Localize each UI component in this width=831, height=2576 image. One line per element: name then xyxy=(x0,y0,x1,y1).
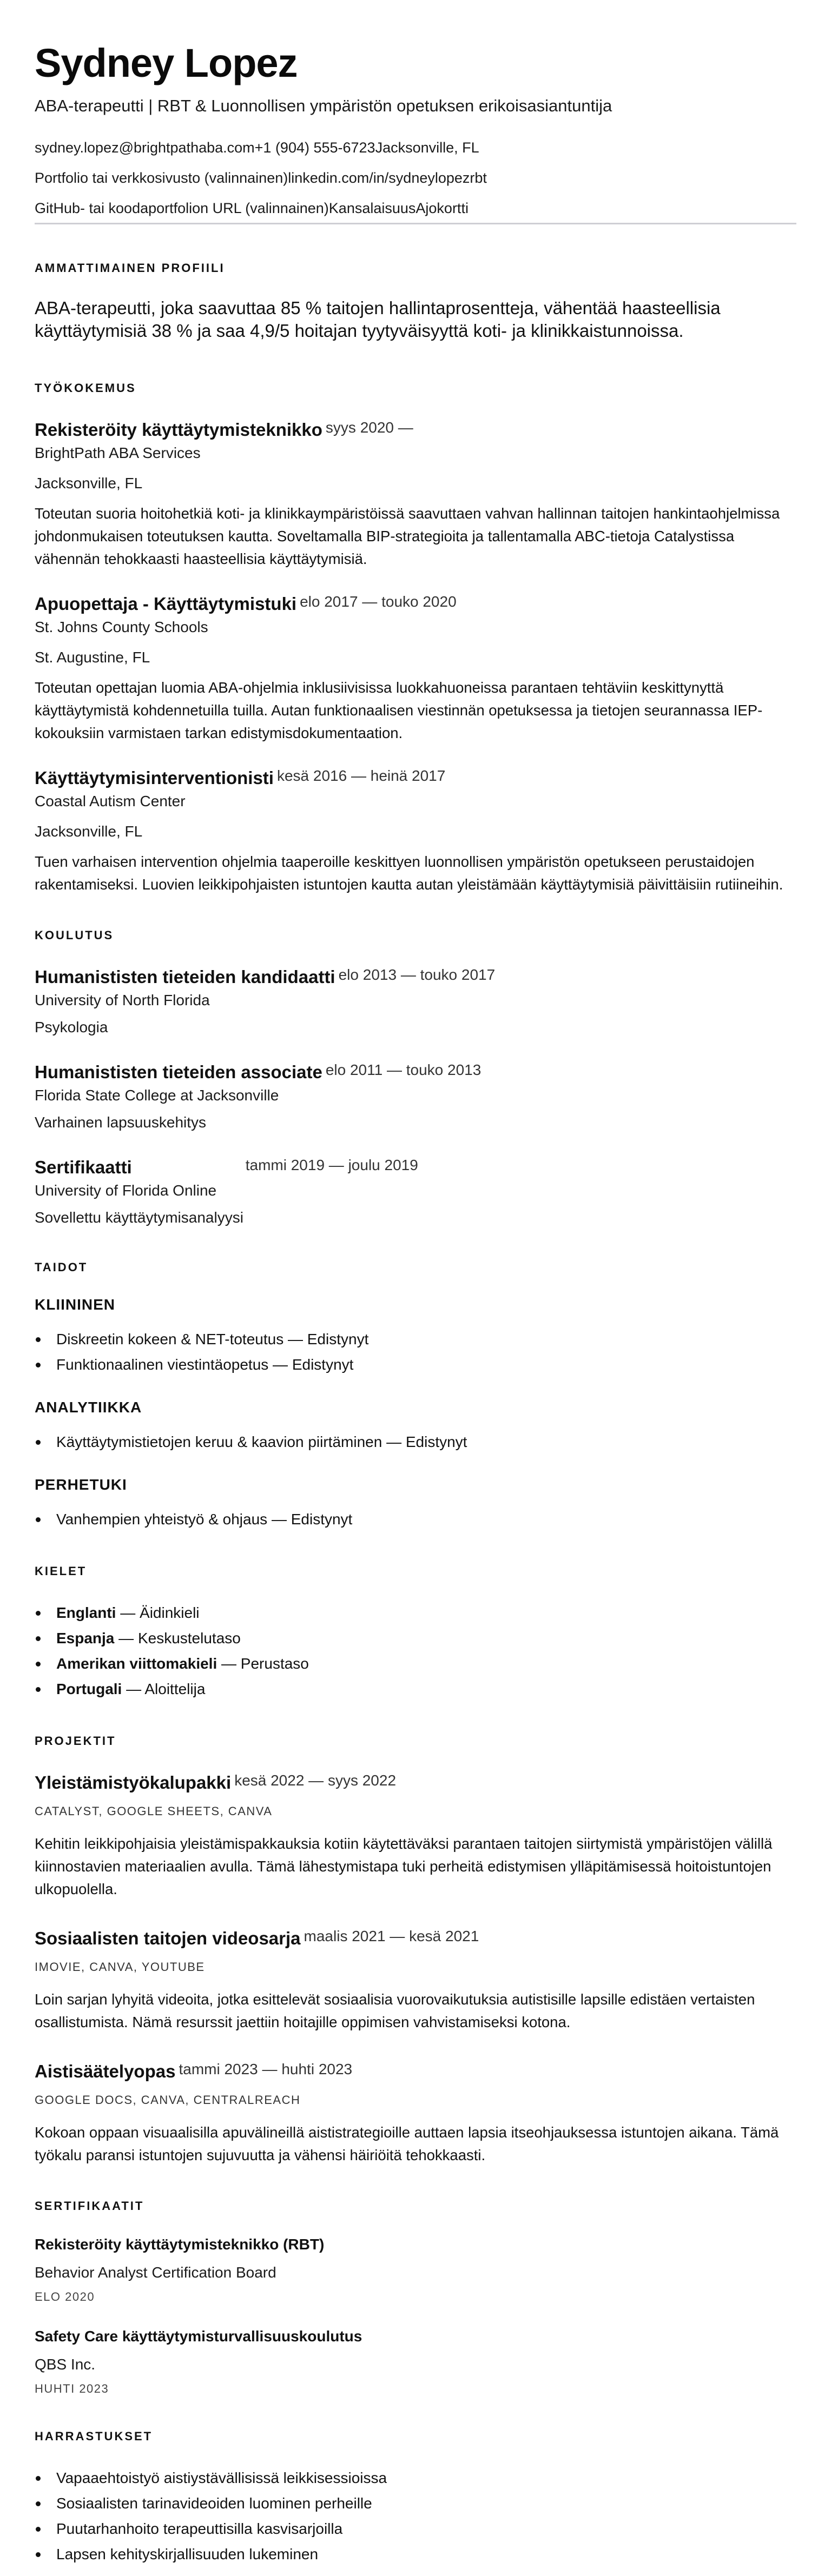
section-education: KOULUTUS Humanististen tieteiden kandida… xyxy=(35,928,796,1228)
language-level: — Äidinkieli xyxy=(116,1604,199,1621)
portfolio-link[interactable]: Portfolio tai verkkosivusto (valinnainen… xyxy=(35,170,288,186)
project-description: Loin sarjan lyhyitä videoita, jotka esit… xyxy=(35,1988,796,2034)
job-location: Jacksonville, FL xyxy=(35,821,796,842)
project-tech: GOOGLE DOCS, CANVA, CENTRALREACH xyxy=(35,2092,796,2108)
linkedin-link[interactable]: linkedin.com/in/sydneylopezrbt xyxy=(288,170,487,186)
skill-group-title: ANALYTIIKKA xyxy=(35,1399,796,1416)
job-title: Apuopettaja - Käyttäytymistuki xyxy=(35,594,296,614)
interest-item: Lapsen kehityskirjallisuuden lukeminen xyxy=(56,2541,796,2567)
section-title-certifications: SERTIFIKAATIT xyxy=(35,2199,796,2213)
company-name: Coastal Autism Center xyxy=(35,791,796,812)
resume-header: Sydney Lopez ABA-terapeutti | RBT & Luon… xyxy=(35,43,796,224)
job-description: Tuen varhaisen intervention ohjelmia taa… xyxy=(35,851,796,896)
certification-name: Safety Care käyttäytymisturvallisuuskoul… xyxy=(35,2327,796,2346)
degree-name: Humanististen tieteiden kandidaatti xyxy=(35,967,335,987)
section-certifications: SERTIFIKAATIT Rekisteröity käyttäytymist… xyxy=(35,2199,796,2397)
section-profile: AMMATTIMAINEN PROFIILI ABA-terapeutti, j… xyxy=(35,261,796,342)
experience-entry: Rekisteröity käyttäytymisteknikkosyys 20… xyxy=(35,417,796,570)
experience-entry: Apuopettaja - Käyttäytymistukielo 2017 —… xyxy=(35,591,796,745)
section-title-experience: TYÖKOKEMUS xyxy=(35,381,796,395)
education-dates: tammi 2019 — joulu 2019 xyxy=(246,1157,418,1173)
section-interests: HARRASTUKSET Vapaaehtoistyö aistiystäväl… xyxy=(35,2429,796,2567)
phone-number[interactable]: +1 (904) 555-6723 xyxy=(255,140,375,156)
degree-name: Sertifikaatti xyxy=(35,1157,132,1177)
job-title: Rekisteröity käyttäytymisteknikko xyxy=(35,420,322,440)
certification-entry: Safety Care käyttäytymisturvallisuuskoul… xyxy=(35,2327,796,2397)
certification-date: ELO 2020 xyxy=(35,2289,796,2305)
language-level: — Aloittelija xyxy=(122,1681,205,1697)
certification-name: Rekisteröity käyttäytymisteknikko (RBT) xyxy=(35,2235,796,2254)
contact-line-extra: GitHub- tai koodaportfolion URL (valinna… xyxy=(35,199,796,217)
interest-item: Vapaaehtoistyö aistiystävällisissä leikk… xyxy=(56,2465,796,2491)
project-dates: maalis 2021 — kesä 2021 xyxy=(304,1928,479,1944)
certification-issuer: Behavior Analyst Certification Board xyxy=(35,2263,796,2282)
project-tech: IMOVIE, CANVA, YOUTUBE xyxy=(35,1959,796,1975)
skill-group-title: PERHETUKI xyxy=(35,1476,796,1493)
skill-item: Käyttäytymistietojen keruu & kaavion pii… xyxy=(56,1429,796,1455)
project-dates: tammi 2023 — huhti 2023 xyxy=(179,2061,352,2077)
headline: ABA-terapeutti | RBT & Luonnollisen ympä… xyxy=(35,95,796,117)
project-entry: Aistisäätelyopastammi 2023 — huhti 2023 … xyxy=(35,2059,796,2167)
field-of-study: Varhainen lapsuuskehitys xyxy=(35,1112,796,1133)
header-divider xyxy=(35,223,796,224)
skill-item: Vanhempien yhteistyö & ohjaus — Edistyny… xyxy=(56,1506,796,1532)
project-name: Yleistämistyökalupakki xyxy=(35,1772,231,1792)
job-description: Toteutan suoria hoitohetkiä koti- ja kli… xyxy=(35,502,796,570)
language-name: Espanja xyxy=(56,1630,114,1646)
section-skills: TAIDOT KLIININEN Diskreetin kokeen & NET… xyxy=(35,1260,796,1532)
github-link[interactable]: GitHub- tai koodaportfolion URL (valinna… xyxy=(35,200,329,216)
certification-entry: Rekisteröity käyttäytymisteknikko (RBT) … xyxy=(35,2235,796,2305)
education-dates: elo 2011 — touko 2013 xyxy=(326,1061,481,1078)
interest-list: Vapaaehtoistyö aistiystävällisissä leikk… xyxy=(35,2465,796,2567)
project-entry: Sosiaalisten taitojen videosarjamaalis 2… xyxy=(35,1926,796,2034)
section-title-languages: KIELET xyxy=(35,1564,796,1578)
project-tech: CATALYST, GOOGLE SHEETS, CANVA xyxy=(35,1803,796,1820)
language-item: Englanti — Äidinkieli xyxy=(56,1600,796,1625)
certification-issuer: QBS Inc. xyxy=(35,2355,796,2374)
language-item: Espanja — Keskustelutaso xyxy=(56,1625,796,1651)
project-description: Kokoan oppaan visuaalisilla apuvälineill… xyxy=(35,2121,796,2167)
section-title-profile: AMMATTIMAINEN PROFIILI xyxy=(35,261,796,275)
drivers-license: Ajokortti xyxy=(415,200,469,216)
project-name: Aistisäätelyopas xyxy=(35,2061,175,2081)
language-level: — Perustaso xyxy=(217,1655,309,1672)
language-item: Amerikan viittomakieli — Perustaso xyxy=(56,1651,796,1676)
education-entry: Humanististen tieteiden associateelo 201… xyxy=(35,1059,796,1133)
section-languages: KIELET Englanti — Äidinkieli Espanja — K… xyxy=(35,1564,796,1702)
project-dates: kesä 2022 — syys 2022 xyxy=(234,1772,396,1789)
field-of-study: Psykologia xyxy=(35,1017,796,1038)
school-name: University of North Florida xyxy=(35,990,796,1011)
section-title-education: KOULUTUS xyxy=(35,928,796,942)
school-name: University of Florida Online xyxy=(35,1180,796,1201)
company-name: BrightPath ABA Services xyxy=(35,443,796,463)
degree-name: Humanististen tieteiden associate xyxy=(35,1062,322,1082)
school-name: Florida State College at Jacksonville xyxy=(35,1085,796,1106)
language-name: Amerikan viittomakieli xyxy=(56,1655,217,1672)
job-location: St. Augustine, FL xyxy=(35,647,796,668)
experience-entry: Käyttäytymisinterventionistikesä 2016 — … xyxy=(35,765,796,896)
skill-list: Käyttäytymistietojen keruu & kaavion pii… xyxy=(35,1429,796,1455)
skill-item: Funktionaalinen viestintäopetus — Edisty… xyxy=(56,1352,796,1377)
interest-item: Sosiaalisten tarinavideoiden luominen pe… xyxy=(56,2491,796,2516)
section-experience: TYÖKOKEMUS Rekisteröity käyttäytymistekn… xyxy=(35,381,796,896)
project-description: Kehitin leikkipohjaisia yleistämispakkau… xyxy=(35,1833,796,1901)
job-dates: elo 2017 — touko 2020 xyxy=(300,593,457,610)
citizenship: Kansalaisuus xyxy=(329,200,416,216)
location: Jacksonville, FL xyxy=(375,140,479,156)
skill-list: Diskreetin kokeen & NET-toteutus — Edist… xyxy=(35,1326,796,1377)
language-level: — Keskustelutaso xyxy=(114,1630,240,1646)
language-list: Englanti — Äidinkieli Espanja — Keskuste… xyxy=(35,1600,796,1702)
section-title-projects: PROJEKTIT xyxy=(35,1734,796,1748)
field-of-study: Sovellettu käyttäytymisanalyysi xyxy=(35,1207,796,1228)
job-location: Jacksonville, FL xyxy=(35,473,796,494)
certification-date: HUHTI 2023 xyxy=(35,2381,796,2397)
interest-item: Puutarhanhoito terapeuttisilla kasvisarj… xyxy=(56,2516,796,2541)
skill-item: Diskreetin kokeen & NET-toteutus — Edist… xyxy=(56,1326,796,1352)
skill-group-title: KLIININEN xyxy=(35,1296,796,1313)
project-name: Sosiaalisten taitojen videosarja xyxy=(35,1928,301,1948)
language-item: Portugali — Aloittelija xyxy=(56,1676,796,1702)
email-link[interactable]: sydney.lopez@brightpathaba.com xyxy=(35,140,255,156)
contact-line-primary: sydney.lopez@brightpathaba.com+1 (904) 5… xyxy=(35,138,796,157)
section-projects: PROJEKTIT Yleistämistyökalupakkikesä 202… xyxy=(35,1734,796,2167)
education-dates: elo 2013 — touko 2017 xyxy=(339,966,496,983)
education-entry: Sertifikaattitammi 2019 — joulu 2019 Uni… xyxy=(35,1154,796,1228)
section-title-skills: TAIDOT xyxy=(35,1260,796,1274)
job-dates: syys 2020 — xyxy=(326,419,413,436)
job-dates: kesä 2016 — heinä 2017 xyxy=(277,767,445,784)
language-name: Englanti xyxy=(56,1604,116,1621)
project-entry: Yleistämistyökalupakkikesä 2022 — syys 2… xyxy=(35,1770,796,1901)
language-name: Portugali xyxy=(56,1681,122,1697)
candidate-name: Sydney Lopez xyxy=(35,43,796,83)
skill-list: Vanhempien yhteistyö & ohjaus — Edistyny… xyxy=(35,1506,796,1532)
section-title-interests: HARRASTUKSET xyxy=(35,2429,796,2444)
profile-summary: ABA-terapeutti, joka saavuttaa 85 % tait… xyxy=(35,297,796,342)
education-entry: Humanististen tieteiden kandidaattielo 2… xyxy=(35,964,796,1038)
job-description: Toteutan opettajan luomia ABA-ohjelmia i… xyxy=(35,676,796,745)
company-name: St. Johns County Schools xyxy=(35,617,796,638)
contact-line-links: Portfolio tai verkkosivusto (valinnainen… xyxy=(35,169,796,187)
job-title: Käyttäytymisinterventionisti xyxy=(35,768,274,788)
resume-page: Sydney Lopez ABA-terapeutti | RBT & Luon… xyxy=(0,0,831,2567)
